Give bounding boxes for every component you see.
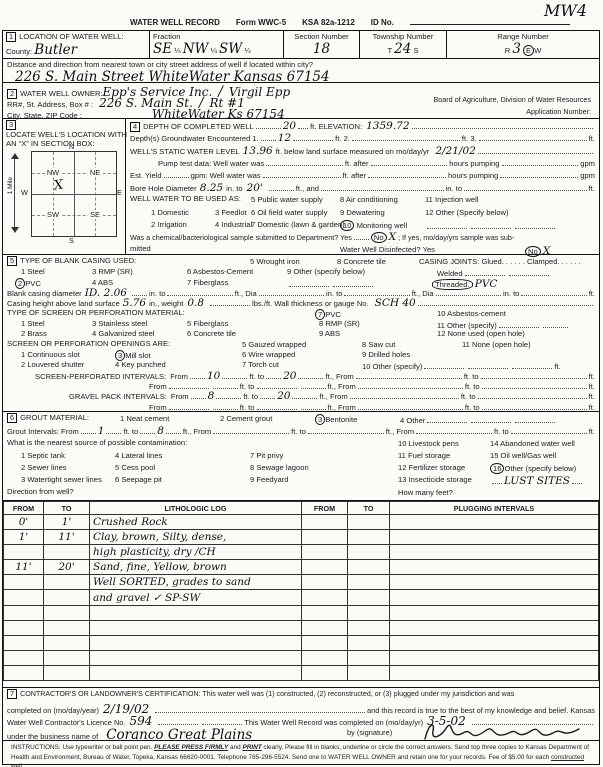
opening-option-6: 6 Wire wrapped — [242, 350, 295, 359]
owner-row: 2 WATER WELL OWNER: Epp's Service Inc. /… — [7, 84, 595, 95]
section5-casing: 5 TYPE OF BLANK CASING USED: 5 Wrought i… — [3, 254, 599, 411]
plug-from — [302, 560, 348, 575]
section-divider-horizontal — [32, 194, 116, 195]
sample-question-line: Was a chemical/bacteriological sample su… — [130, 231, 595, 243]
blank-diameter-row: Blank casing diameter ID. 2.06 in. to ft… — [7, 287, 595, 297]
log-to — [44, 665, 90, 680]
plug-interval — [390, 665, 599, 680]
plug-from — [302, 635, 348, 650]
direction-label: Direction from well? — [7, 487, 74, 496]
section3-number: 3 — [6, 120, 16, 130]
section4-number: 4 — [130, 122, 140, 132]
contam-option-4: 4 Lateral lines — [115, 451, 162, 460]
contam-option-7: 7 Pit privy — [250, 451, 283, 460]
pump-test-label: Pump test data: Well water was — [158, 159, 264, 168]
log-row: 0'1'Crushed Rock — [4, 515, 599, 530]
fraction-label: Fraction — [153, 32, 180, 41]
log-from: 0' — [4, 515, 44, 530]
use-option-12: 12 Other (Specify below) — [425, 208, 509, 217]
openings-title: SCREEN OR PERFORATION OPENINGS ARE: — [7, 339, 170, 348]
casing-option-3: 3 RMP (SR) — [92, 267, 133, 276]
opening-option-5: 5 Gauzed wrapped — [242, 340, 306, 349]
plug-to — [348, 635, 390, 650]
static-level-label: WELL'S STATIC WATER LEVEL — [130, 147, 240, 156]
log-row — [4, 620, 599, 635]
in-to-label: in. to — [226, 184, 242, 193]
use-option-4: 4 Industrial — [215, 220, 252, 229]
depth-value: 20 — [283, 120, 296, 132]
opening-option-11: 11 None (open hole) — [462, 340, 531, 349]
quarter-3: ¼ — [244, 46, 250, 55]
direction-row: Direction from well? How many feet? — [7, 487, 595, 499]
groundwater-line: Depth(s) Groundwater Encountered 1. 12 f… — [130, 132, 595, 144]
depth-line: 4 DEPTH OF COMPLETED WELL 20 ft. ELEVATI… — [130, 120, 595, 132]
contam-option-9: 9 Feedyard — [250, 475, 288, 484]
grout-option-1: 1 Neat cement — [120, 414, 169, 423]
log-row — [4, 665, 599, 680]
plug-to — [348, 545, 390, 560]
log-from: 1' — [4, 530, 44, 545]
distance-direction: Distance and direction from nearest town… — [3, 58, 599, 82]
depth-label: DEPTH OF COMPLETED WELL — [143, 122, 254, 131]
use-row-2: 1 Domestic 3 Feedlot 6 Oil field water s… — [130, 207, 595, 219]
screen-option-3: 3 Stainless steel — [92, 319, 147, 328]
screen-material-row-2: 1 Steel 3 Stainless steel 5 Fiberglass 8… — [7, 318, 595, 328]
opening-option-2: 2 Louvered shutter — [21, 360, 84, 369]
log-description — [90, 635, 302, 650]
grout-option-3-selected: 3Bentonite — [315, 414, 357, 425]
bore-hole-label: Bore Hole Diameter — [130, 184, 197, 193]
screen-option-4: 4 Galvanized steel — [92, 329, 154, 338]
static-level-mid-label: ft. below land surface measured on mo/da… — [276, 147, 430, 156]
compass-north: N — [69, 142, 74, 151]
quadrant-nw: NW — [45, 168, 61, 177]
est-yield-label: Est. Yield — [130, 171, 162, 180]
section6-grout: 6 GROUT MATERIAL: 1 Neat cement 2 Cement… — [3, 411, 599, 500]
plug-interval — [390, 545, 599, 560]
log-description — [90, 650, 302, 665]
plug-to — [348, 560, 390, 575]
screen-material-title: TYPE OF SCREEN OR PERFORATION MATERIAL: — [7, 308, 185, 317]
screen-option-10: 10 Asbestos-cement — [437, 309, 506, 318]
section1-location: 1LOCATION OF WATER WELL: County: Butler … — [3, 31, 599, 58]
grout-option-2: 2 Cement grout — [220, 414, 272, 423]
use-option-10-selected: 10 Monitoring well — [340, 220, 407, 231]
township-cell: Township Number T 24 S — [359, 31, 446, 58]
casing-option-8: 8 Concrete tile — [337, 257, 386, 266]
log-description: high plasticity, dry /CH — [90, 545, 302, 560]
plug-to — [348, 605, 390, 620]
casing-option-6: 6 Asbestos-Cement — [187, 267, 253, 276]
plug-interval — [390, 605, 599, 620]
gravel-pack-row-2: From ft. to ft., From ft. to ft. — [7, 401, 595, 411]
hours-pumping-label: hours pumping — [449, 159, 499, 168]
in-to-label: in. to — [446, 184, 462, 193]
screen-option-2: 2 Brass — [21, 329, 47, 338]
city-row: City, State, ZIP Code : WhiteWater Ks 67… — [7, 107, 595, 118]
static-level-line: WELL'S STATIC WATER LEVEL 13.96 ft. belo… — [130, 145, 595, 157]
grout-intervals-label: Grout Intervals: From — [7, 427, 79, 436]
use-row-3: 2 Irrigation 4 Industrial 7 Domestic (la… — [130, 219, 595, 231]
ft-from-label: ft., From — [183, 427, 211, 436]
log-from — [4, 590, 44, 605]
certification-line-2: completed on (mo/day/year) 2/19/02 and t… — [7, 702, 595, 715]
one-mile-scale: 1 Mile — [10, 153, 20, 233]
section6-number: 6 — [7, 413, 17, 423]
log-to — [44, 590, 90, 605]
log-from — [4, 605, 44, 620]
scale-bar — [14, 159, 15, 227]
contamination-row-3: 2 Sewer lines 5 Cess pool 8 Sewage lagoo… — [7, 462, 595, 474]
county-cell: 1LOCATION OF WATER WELL: County: Butler — [3, 31, 149, 58]
quadrant-se: SE — [88, 210, 102, 219]
one-mile-label: 1 Mile — [7, 175, 14, 196]
log-from — [4, 665, 44, 680]
log-row — [4, 605, 599, 620]
log-to — [44, 605, 90, 620]
use-option-6: 6 Oil field water supply — [251, 208, 327, 217]
contam-option-13: 13 Insecticide storage — [398, 475, 472, 484]
well-annotation: MW4 — [544, 1, 587, 20]
log-row: high plasticity, dry /CH — [4, 545, 599, 560]
fraction-1: SE — [153, 41, 172, 57]
log-description: and gravel ✓ SP-SW — [90, 590, 302, 605]
sample-no-circled: No — [371, 232, 387, 243]
application-number-label: Application Number: — [526, 107, 591, 116]
lithologic-log-section: FROM TO LITHOLOGIC LOG FROM TO PLUGGING … — [3, 500, 599, 687]
section3-locate-well: 3LOCATE WELL'S LOCATION WITH AN “X” IN S… — [3, 119, 125, 254]
log-from — [4, 635, 44, 650]
ft-label: ft. — [589, 134, 595, 143]
distance-label: Distance and direction from nearest town… — [7, 60, 313, 69]
board-of-agriculture-text: Board of Agriculture, Division of Water … — [433, 95, 591, 104]
plug-interval — [390, 575, 599, 590]
ft-to-label: ft. to — [291, 427, 306, 436]
range-w: W — [534, 46, 541, 55]
log-to — [44, 575, 90, 590]
plug-interval — [390, 635, 599, 650]
contam-option-8: 8 Sewage lagoon — [250, 463, 309, 472]
log-to — [44, 635, 90, 650]
township-label: Township Number — [373, 32, 434, 41]
casing-option-4: 4 ABS — [92, 278, 113, 287]
section3-title-line2: AN “X” IN SECTION BOX: — [6, 139, 95, 148]
quadrant-ne: NE — [88, 168, 102, 177]
static-level-value: 13.96 — [243, 145, 273, 157]
plug-header-to: TO — [348, 502, 390, 515]
log-row — [4, 650, 599, 665]
section3-4: 3LOCATE WELL'S LOCATION WITH AN “X” IN S… — [3, 118, 599, 254]
certification-line-4: under the business name of Coranco Great… — [7, 727, 595, 740]
log-to: 11' — [44, 530, 90, 545]
groundwater-3-label: ft. 3. — [462, 134, 477, 143]
screen-material-row-3: 2 Brass 4 Galvanized steel 6 Concrete ti… — [7, 328, 595, 338]
plug-from — [302, 590, 348, 605]
log-header-lithologic: LITHOLOGIC LOG — [90, 502, 302, 515]
use-as-label: WELL WATER TO BE USED AS: — [130, 194, 241, 203]
ft-after-label: ft. after — [343, 171, 367, 180]
section-number-value: 18 — [313, 41, 330, 57]
static-measured-date: 2/21/02 — [435, 145, 475, 157]
quarter-2: ¼ — [211, 46, 217, 55]
quarter-1: ¼ — [174, 46, 180, 55]
scale-arrow-down-icon — [11, 227, 19, 233]
address-row: RR#, St. Address, Box # : 226 S. Main St… — [7, 95, 595, 106]
screen-option-1: 1 Steel — [21, 319, 45, 328]
fraction-cell: Fraction SE ¼ NW ¼ SW ¼ — [149, 31, 283, 58]
openings-row-3: 2 Louvered shutter 4 Key punched 7 Torch… — [7, 359, 595, 369]
contam-option-11: 11 Fuel storage — [398, 451, 450, 460]
openings-title-row: SCREEN OR PERFORATION OPENINGS ARE: 5 Ga… — [7, 339, 595, 349]
plug-interval — [390, 620, 599, 635]
yield-mid-label: gpm: Well water was — [191, 171, 261, 180]
est-yield-line: Est. Yield gpm: Well water was ft. after… — [130, 169, 595, 181]
id-number-label: ID No. — [371, 18, 394, 27]
plug-from — [302, 545, 348, 560]
plug-header-from: FROM — [302, 502, 348, 515]
casing-option-1: 1 Steel — [21, 267, 45, 276]
log-to — [44, 650, 90, 665]
township-value: 24 — [394, 41, 411, 57]
section4-depth: 4 DEPTH OF COMPLETED WELL 20 ft. ELEVATI… — [125, 119, 599, 254]
compass-west: W — [21, 188, 28, 197]
casing-height-row: Casing height above land surface 5.76 in… — [7, 297, 595, 307]
instructions-footer: INSTRUCTIONS: Use typewriter or ball poi… — [3, 740, 599, 766]
plug-to — [348, 530, 390, 545]
plug-to — [348, 575, 390, 590]
plug-to — [348, 665, 390, 680]
contam-option-15: 15 Oil well/Gas well — [490, 451, 556, 460]
use-option-11: 11 Injection well — [425, 195, 478, 204]
range-value: 3 — [512, 41, 521, 57]
casing-title-row: 5 TYPE OF BLANK CASING USED: 5 Wrought i… — [7, 256, 595, 266]
screen-option-6: 6 Concrete tile — [187, 329, 236, 338]
plug-to — [348, 650, 390, 665]
section1-title: LOCATION OF WATER WELL: — [19, 32, 124, 41]
compass-east: E — [117, 188, 122, 197]
county-value: Butler — [34, 42, 77, 58]
log-description — [90, 665, 302, 680]
casing-option-7: 7 Fiberglass — [187, 278, 228, 287]
plug-to — [348, 620, 390, 635]
plug-interval — [390, 560, 599, 575]
groundwater-2-label: ft. 2. — [335, 134, 350, 143]
casing-joints-label: CASING JOINTS: Glued. . . . . . Clamped.… — [419, 257, 581, 266]
log-description — [90, 605, 302, 620]
plug-from — [302, 620, 348, 635]
instructions-constructed: constructed — [551, 754, 584, 761]
log-to: 20' — [44, 560, 90, 575]
fraction-2: NW — [183, 41, 209, 57]
range-r: R — [505, 46, 510, 55]
use-option-1: 1 Domestic — [151, 208, 189, 217]
contam-other-value-wrap: LUST SITES — [490, 475, 584, 487]
grout-intervals-row: Grout Intervals: From 1 ft. to 8 ft., Fr… — [7, 425, 595, 437]
grout-to-value: 8 — [157, 425, 164, 437]
gravel-pack-row-1: GRAVEL PACK INTERVALS: From 8 ft. to 20 … — [7, 390, 595, 400]
grout-title-row: 6 GROUT MATERIAL: 1 Neat cement 2 Cement… — [7, 413, 595, 425]
scale-arrow-up-icon — [11, 153, 19, 159]
form-body: 1LOCATION OF WATER WELL: County: Butler … — [2, 30, 600, 765]
casing-row-2: 1 Steel 3 RMP (SR) 6 Asbestos-Cement 9 O… — [7, 266, 595, 276]
instructions-text: well. — [11, 763, 24, 767]
pump-test-line: Pump test data: Well water was ft. after… — [130, 157, 595, 169]
instructions-text: INSTRUCTIONS: Use typewriter or ball poi… — [11, 744, 154, 751]
use-row-1: WELL WATER TO BE USED AS: 5 Public water… — [130, 194, 595, 206]
log-description: Clay, brown, Silty, dense, — [90, 530, 302, 545]
plug-to — [348, 515, 390, 530]
hours-pumping-label: hours pumping — [448, 171, 498, 180]
opening-option-7: 7 Torch cut — [242, 360, 279, 369]
section3-title-line1: LOCATE WELL'S LOCATION WITH — [6, 130, 127, 139]
plug-from — [302, 605, 348, 620]
contamination-title-row: What is the nearest source of possible c… — [7, 438, 595, 450]
plug-interval — [390, 590, 599, 605]
section5-number: 5 — [7, 256, 17, 266]
screen-option-12: 12 None used (open hole) — [437, 329, 525, 338]
log-description: Sand, fine, Yellow, brown — [90, 560, 302, 575]
log-row: 11'20'Sand, fine, Yellow, brown — [4, 560, 599, 575]
casing-option-9: 9 Other (specify below) — [287, 267, 365, 276]
instructions-press-firmly: PLEASE PRESS FIRMLY — [154, 744, 228, 751]
log-to: 1' — [44, 515, 90, 530]
groundwater-value: 12 — [278, 132, 291, 144]
certification-line-1: 7 CONTRACTOR'S OR LANDOWNER'S CERTIFICAT… — [7, 689, 595, 702]
screen-intervals-row-2: From ft. to ft., From ft. to ft. — [7, 380, 595, 390]
county-label: County: — [6, 47, 32, 56]
screen-intervals-row-1: SCREEN-PERFORATED INTERVALS: From 10 ft.… — [7, 370, 595, 380]
gpm-label: gpm — [580, 171, 595, 180]
sample-tail-label: ; If yes, mo/day/yrs sample was sub- — [398, 233, 514, 242]
bore-hole-to-value: 20' — [247, 182, 263, 194]
form-header: WATER WELL RECORD Form WWC-5 KSA 82a-121… — [130, 15, 570, 27]
ft-to-label: ft. to — [123, 427, 138, 436]
plug-to — [348, 590, 390, 605]
casing-row-3: 2PVC 4 ABS 7 Fiberglass Threaded. PVC — [7, 277, 595, 287]
screen-option-8: 8 RMP (SR) — [319, 319, 360, 328]
range-east-circled: E — [523, 45, 534, 56]
plug-interval — [390, 530, 599, 545]
plug-from — [302, 665, 348, 680]
opening-option-8: 8 Saw cut — [362, 340, 395, 349]
use-option-8: 8 Air conditioning — [340, 195, 398, 204]
log-row — [4, 635, 599, 650]
log-from — [4, 620, 44, 635]
plug-from — [302, 530, 348, 545]
use-option-9: 9 Dewatering — [340, 208, 385, 217]
certification-text: CONTRACTOR'S OR LANDOWNER'S CERTIFICATIO… — [20, 690, 514, 698]
compass-south: S — [69, 236, 74, 245]
ft-label: ft. — [589, 184, 595, 193]
form-number: Form WWC-5 — [236, 18, 286, 27]
casing-title: TYPE OF BLANK CASING USED: — [20, 256, 136, 265]
contamination-row-4: 3 Watertight sewer lines 6 Seepage pit 9… — [7, 474, 595, 486]
form-title: WATER WELL RECORD — [130, 18, 220, 27]
contam-option-5: 5 Cess pool — [115, 463, 155, 472]
opening-option-4: 4 Key punched — [115, 360, 166, 369]
log-to — [44, 620, 90, 635]
disinfected-label: Water Well Disinfected? Yes — [340, 245, 435, 254]
use-option-2: 2 Irrigation — [151, 220, 187, 229]
range-label: Range Number — [497, 32, 549, 41]
contamination-row-2: 1 Septic tank 4 Lateral lines 7 Pit priv… — [7, 450, 595, 462]
groundwater-label: Depth(s) Groundwater Encountered 1. — [130, 134, 259, 143]
gpm-label: gpm — [580, 159, 595, 168]
grout-option-4: 4 Other — [400, 414, 591, 425]
log-header-to: TO — [44, 502, 90, 515]
log-to — [44, 545, 90, 560]
contam-option-10: 10 Livestock pens — [398, 439, 459, 448]
plug-from — [302, 515, 348, 530]
plug-interval — [390, 515, 599, 530]
log-row: Well SORTED, grades to sand — [4, 575, 599, 590]
plug-header-intervals: PLUGGING INTERVALS — [390, 502, 599, 515]
sample-no-x-mark: X — [389, 231, 396, 243]
opening-option-1: 1 Continuous slot — [21, 350, 80, 359]
log-description: Crushed Rock — [90, 515, 302, 530]
instructions-text: and — [228, 744, 242, 751]
sample-question-label: Was a chemical/bacteriological sample su… — [130, 233, 352, 242]
plug-interval — [390, 650, 599, 665]
section7-number: 7 — [7, 689, 17, 699]
range-cell: Range Number R 3 EW — [446, 31, 599, 58]
section-number-label: Section Number — [294, 32, 348, 41]
screen-option-9: 9 ABS — [319, 329, 340, 338]
ft-to-label: ft. to — [494, 427, 509, 436]
contam-option-3: 3 Watertight sewer lines — [21, 475, 102, 484]
quadrant-sw: SW — [45, 210, 61, 219]
section1-number: 1 — [6, 32, 16, 42]
contamination-label: What is the nearest source of possible c… — [7, 438, 187, 447]
section2-owner: 2 WATER WELL OWNER: Epp's Service Inc. /… — [3, 82, 599, 118]
log-from — [4, 545, 44, 560]
monitoring-dots — [425, 220, 595, 231]
instructions-print: PRINT — [242, 744, 261, 751]
township-s: S — [413, 46, 418, 55]
contam-option-14: 14 Abandoned water well — [490, 439, 575, 448]
elevation-value: 1359.72 — [366, 120, 409, 132]
statute-number: KSA 82a-1212 — [302, 18, 355, 27]
fraction-3: SW — [219, 41, 242, 57]
bore-hole-line: Bore Hole Diameter 8.25 in. to 20' ft., … — [130, 182, 595, 194]
grout-title: GROUT MATERIAL: — [20, 413, 89, 422]
lithologic-log-table: FROM TO LITHOLOGIC LOG FROM TO PLUGGING … — [3, 501, 599, 681]
log-description: Well SORTED, grades to sand — [90, 575, 302, 590]
contam-option-16-selected: 16Other (specify below) — [490, 463, 576, 474]
township-t: T — [387, 46, 392, 55]
section-box-diagram: NW NE SW SE X — [31, 151, 117, 237]
mitted-label: mitted — [130, 244, 151, 253]
screen-option-5: 5 Fiberglass — [187, 319, 228, 328]
section-number-cell: Section Number 18 — [283, 31, 359, 58]
plug-from — [302, 650, 348, 665]
section3-title: 3LOCATE WELL'S LOCATION WITH AN “X” IN S… — [3, 119, 125, 148]
log-header-from: FROM — [4, 502, 44, 515]
contam-option-6: 6 Seepage pit — [115, 475, 162, 484]
openings-row-2: 1 Continuous slot 3Mill slot 6 Wire wrap… — [7, 349, 595, 359]
log-row: and gravel ✓ SP-SW — [4, 590, 599, 605]
bore-hole-diameter-value: 8.25 — [200, 182, 223, 194]
well-location-x-mark: X — [53, 177, 64, 193]
contam-option-2: 2 Sewer lines — [21, 463, 67, 472]
use-option-3: 3 Feedlot — [215, 208, 247, 217]
log-header-row: FROM TO LITHOLOGIC LOG FROM TO PLUGGING … — [4, 502, 599, 515]
ft-and-label: ft., and — [296, 184, 319, 193]
ft-from-label: ft., From — [386, 427, 414, 436]
log-from — [4, 650, 44, 665]
casing-option-5: 5 Wrought iron — [250, 257, 300, 266]
how-many-feet-label: How many feet? — [398, 488, 453, 497]
